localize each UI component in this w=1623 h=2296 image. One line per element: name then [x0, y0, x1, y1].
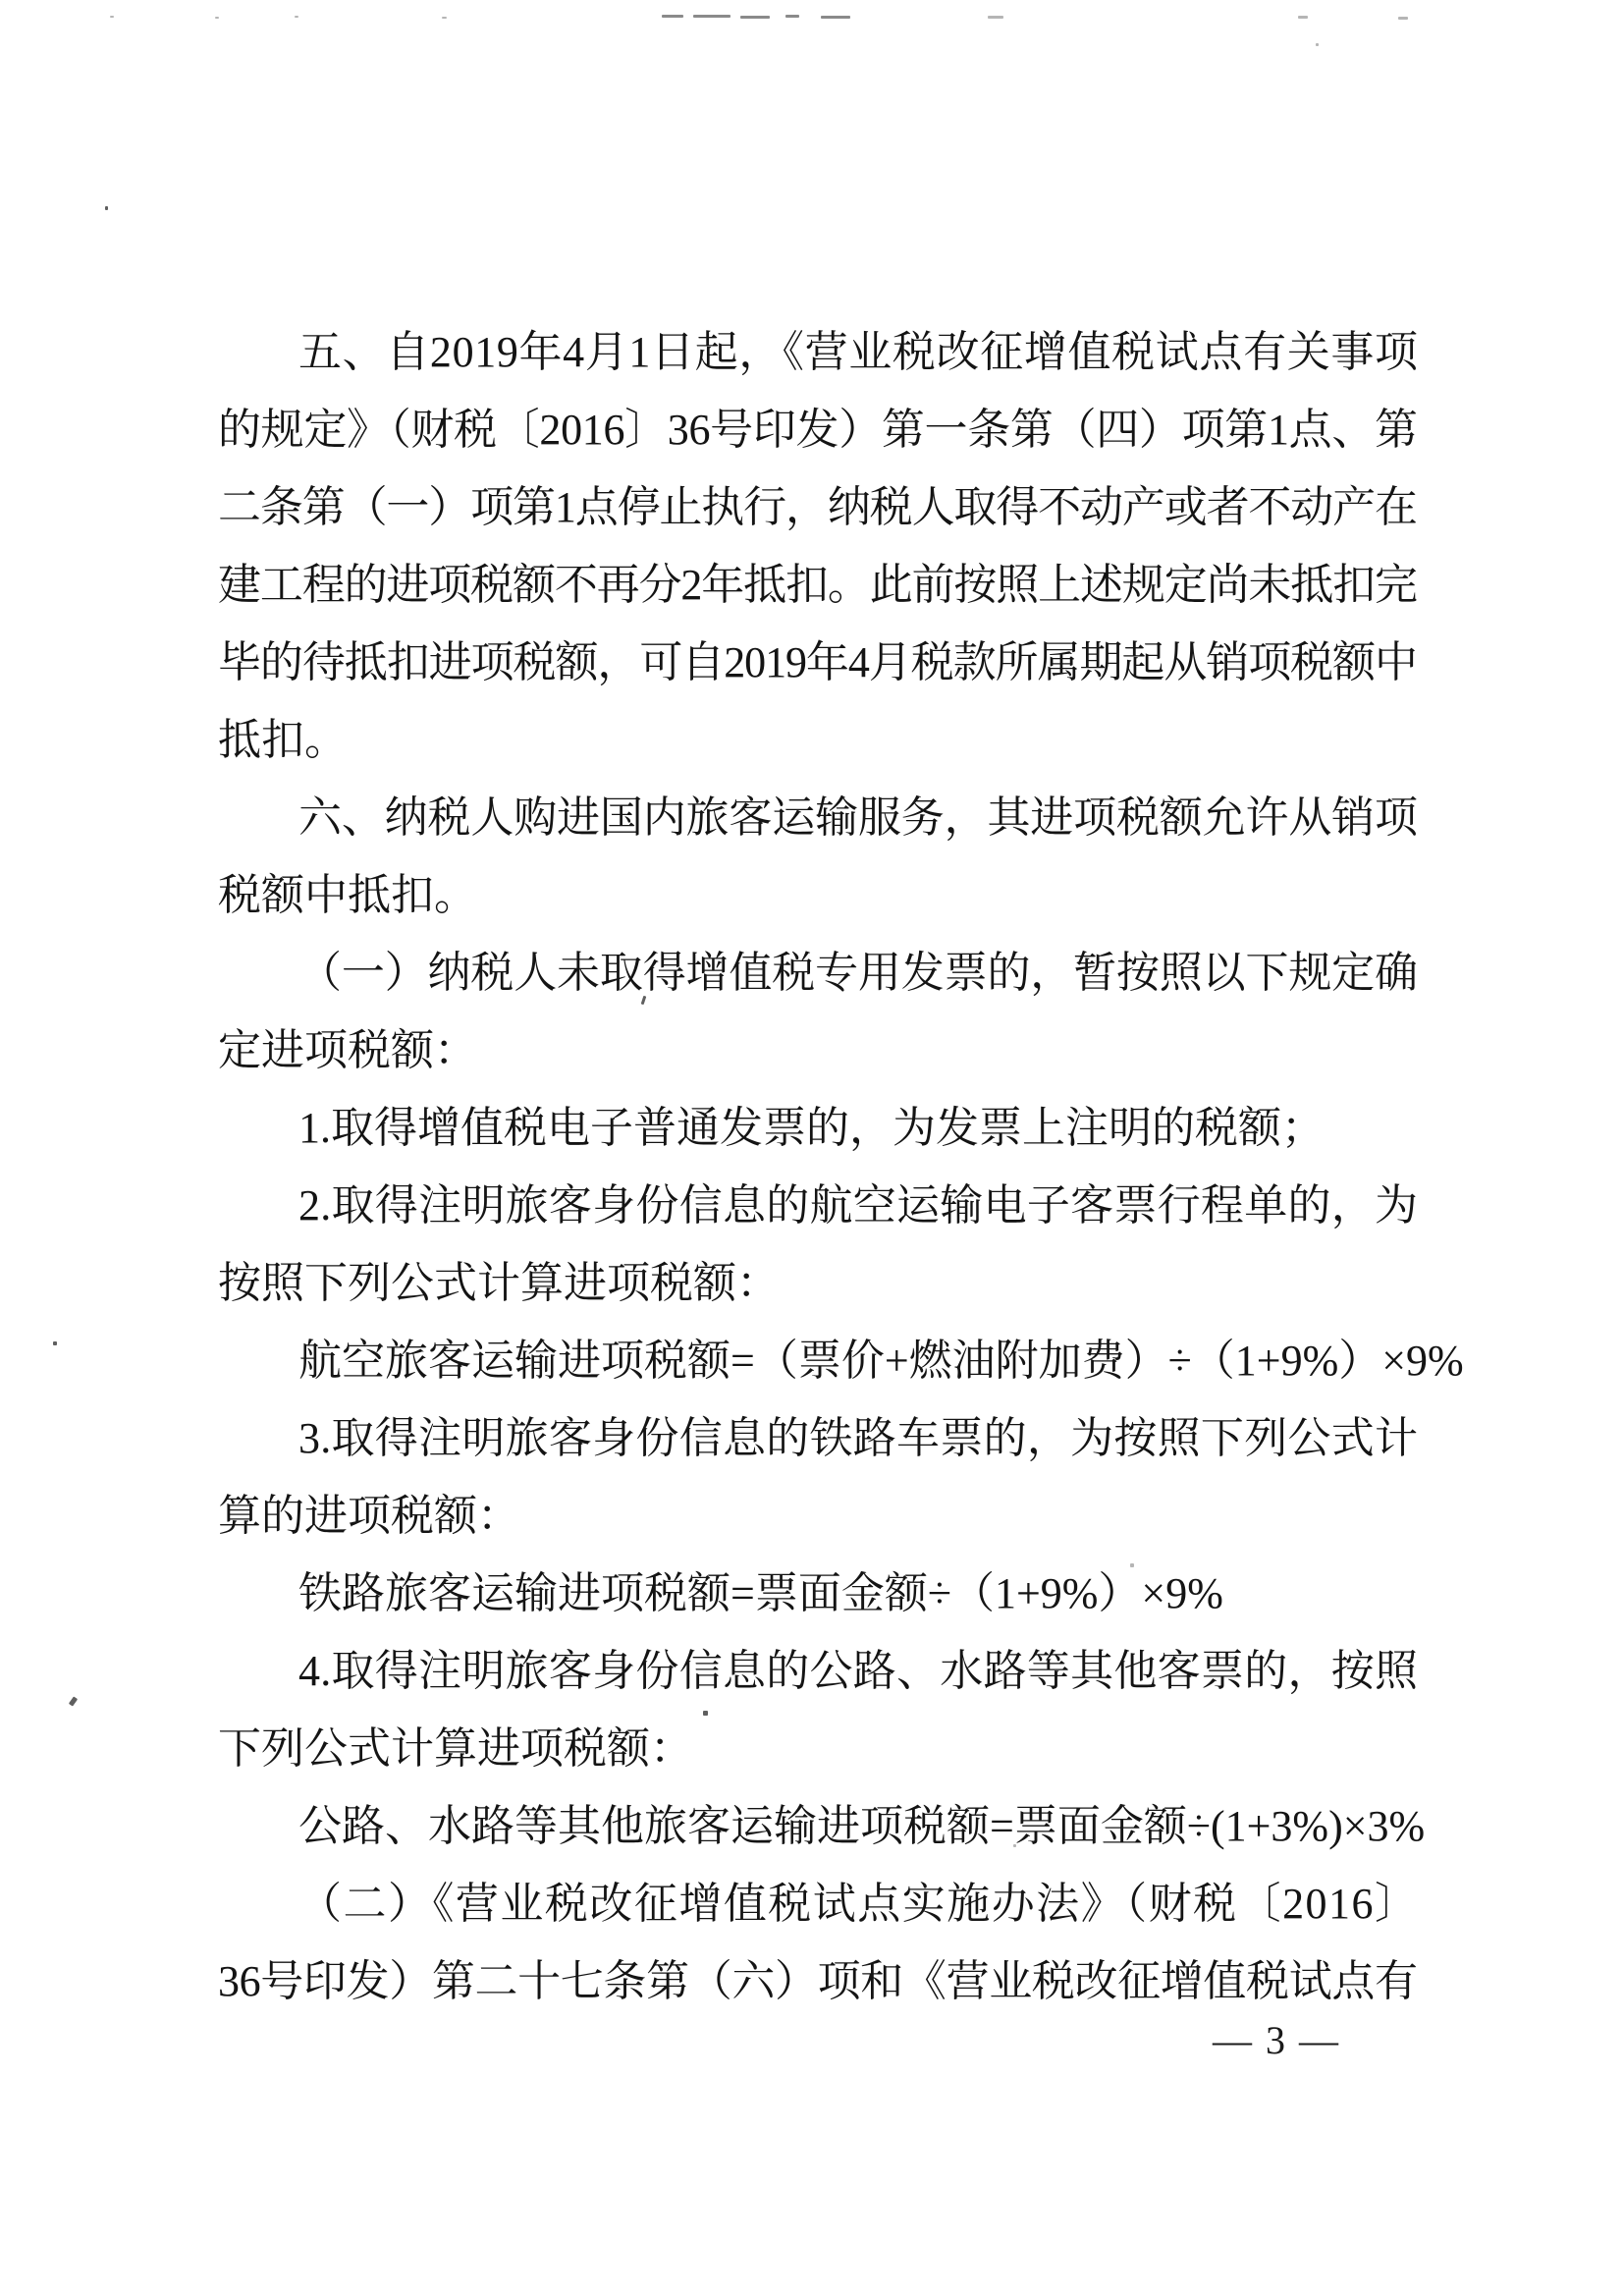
scan-speck	[740, 16, 770, 19]
scan-speck	[821, 16, 850, 19]
scan-speck	[69, 1696, 78, 1706]
text-line: 税额中抵扣。	[218, 856, 1418, 934]
scan-speck	[1316, 43, 1319, 46]
scan-speck	[53, 1341, 57, 1345]
text-line: 铁路旅客运输进项税额=票面金额÷（1+9%）×9%	[218, 1555, 1418, 1632]
scan-speck	[215, 17, 219, 19]
text-line: 的规定》（财税〔2016〕36号印发）第一条第（四）项第1点、第	[218, 391, 1418, 468]
text-line: 二条第（一）项第1点停止执行，纳税人取得不动产或者不动产在	[218, 468, 1418, 546]
text-line: 建工程的进项税额不再分2年抵扣。此前按照上述规定尚未抵扣完	[218, 546, 1418, 624]
text-line: 算的进项税额：	[218, 1477, 1418, 1555]
scan-speck	[662, 15, 683, 18]
scan-speck	[1398, 17, 1408, 20]
scan-speck	[1298, 16, 1308, 19]
text-line: 航空旅客运输进项税额=（票价+燃油附加费）÷（1+9%）×9%	[218, 1322, 1418, 1399]
text-line: 抵扣。	[218, 701, 1418, 779]
text-line: 4.取得注明旅客身份信息的公路、水路等其他客票的，按照	[218, 1632, 1418, 1710]
text-line: 1.取得增值税电子普通发票的，为发票上注明的税额；	[218, 1089, 1418, 1167]
text-line: 五、自2019年4月1日起，《营业税改征增值税试点有关事项	[218, 313, 1418, 391]
text-line: 36号印发）第二十七条第（六）项和《营业税改征增值税试点有	[218, 1942, 1418, 2020]
document-page: 五、自2019年4月1日起，《营业税改征增值税试点有关事项的规定》（财税〔201…	[0, 0, 1623, 2296]
text-line: 3.取得注明旅客身份信息的铁路车票的，为按照下列公式计	[218, 1399, 1418, 1477]
text-line: 六、纳税人购进国内旅客运输服务，其进项税额允许从销项	[218, 779, 1418, 856]
text-line: 按照下列公式计算进项税额：	[218, 1244, 1418, 1322]
scan-speck	[110, 16, 114, 18]
scan-speck	[785, 15, 799, 18]
text-line: 2.取得注明旅客身份信息的航空运输电子客票行程单的，为	[218, 1167, 1418, 1244]
scan-speck	[693, 15, 730, 18]
text-line: 毕的待抵扣进项税额，可自2019年4月税款所属期起从销项税额中	[218, 624, 1418, 701]
text-line: 下列公式计算进项税额：	[218, 1710, 1418, 1787]
scan-speck	[442, 17, 447, 19]
scan-speck	[105, 206, 108, 210]
page-number: — 3 —	[1129, 2015, 1424, 2066]
text-line: 公路、水路等其他旅客运输进项税额=票面金额÷(1+3%)×3%	[218, 1787, 1418, 1865]
text-line: （一）纳税人未取得增值税专用发票的，暂按照以下规定确	[218, 934, 1418, 1011]
scan-speck	[988, 16, 1003, 19]
scan-speck	[295, 16, 298, 18]
text-block: 五、自2019年4月1日起，《营业税改征增值税试点有关事项的规定》（财税〔201…	[218, 313, 1418, 2020]
text-line: （二）《营业税改征增值税试点实施办法》（财税〔2016〕	[218, 1865, 1418, 1942]
text-line: 定进项税额：	[218, 1011, 1418, 1089]
